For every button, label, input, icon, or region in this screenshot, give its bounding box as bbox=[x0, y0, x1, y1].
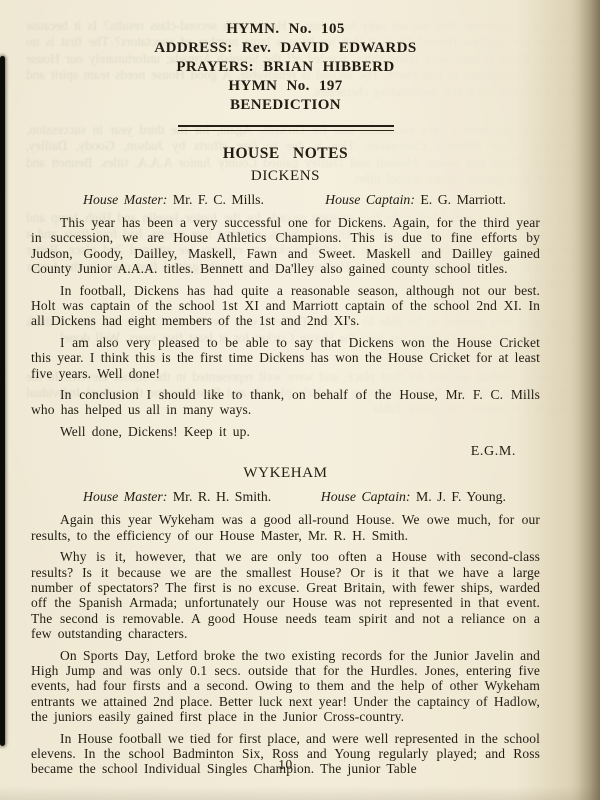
wykeham-house-captain: House Captain: M. J. F. Young. bbox=[321, 488, 506, 505]
page-number: 10 bbox=[31, 757, 540, 773]
dickens-house-master: House Master: Mr. F. C. Mills. bbox=[83, 191, 264, 208]
page-curl-shadow bbox=[578, 0, 600, 800]
dickens-paragraph: This year has been a very successful one… bbox=[31, 215, 540, 277]
service-line-hymn-105: HYMN. No. 105 bbox=[31, 20, 540, 39]
house-heading-dickens: DICKENS bbox=[31, 167, 540, 186]
wykeham-paragraph: On Sports Day, Letford broke the two exi… bbox=[31, 648, 540, 725]
service-line-prayers: PRAYERS: BRIAN HIBBERD bbox=[31, 58, 540, 77]
house-captain-name: M. J. F. Young. bbox=[416, 489, 506, 504]
dickens-paragraph: In conclusion I should like to thank, on… bbox=[31, 387, 540, 418]
house-master-label: House Master: bbox=[83, 192, 167, 207]
page-content: HYMN. No. 105 ADDRESS: Rev. DAVID EDWARD… bbox=[31, 20, 540, 777]
dickens-closing-line: Well done, Dickens! Keep it up. bbox=[31, 424, 540, 439]
house-captain-label: House Captain: bbox=[325, 192, 415, 207]
service-line-benediction: BENEDICTION bbox=[31, 96, 540, 115]
wykeham-paragraph: Why is it, however, that we are only too… bbox=[31, 549, 540, 641]
service-order-header: HYMN. No. 105 ADDRESS: Rev. DAVID EDWARD… bbox=[31, 20, 540, 115]
bottom-shadow bbox=[0, 786, 600, 800]
wykeham-paragraph: Again this year Wykeham was a good all-r… bbox=[31, 512, 540, 543]
service-line-address: ADDRESS: Rev. DAVID EDWARDS bbox=[31, 39, 540, 58]
house-master-label: House Master: bbox=[83, 489, 167, 504]
dickens-house-captain: House Captain: E. G. Marriott. bbox=[325, 191, 506, 208]
wykeham-masters-line: House Master: Mr. R. H. Smith. House Cap… bbox=[31, 488, 540, 505]
double-rule-divider bbox=[178, 125, 394, 131]
wykeham-house-master: House Master: Mr. R. H. Smith. bbox=[83, 488, 271, 505]
house-heading-wykeham: WYKEHAM bbox=[31, 464, 540, 483]
house-master-name: Mr. R. H. Smith. bbox=[173, 489, 271, 504]
house-captain-label: House Captain: bbox=[321, 489, 411, 504]
dickens-masters-line: House Master: Mr. F. C. Mills. House Cap… bbox=[31, 191, 540, 208]
house-master-name: Mr. F. C. Mills. bbox=[173, 192, 264, 207]
dickens-signature: E.G.M. bbox=[31, 444, 540, 460]
scan-binding-edge bbox=[0, 56, 5, 746]
dickens-paragraph: I am also very pleased to be able to say… bbox=[31, 335, 540, 381]
scanned-magazine-page: Why is it, however, that we are only too… bbox=[0, 0, 600, 800]
dickens-paragraph: In football, Dickens has had quite a rea… bbox=[31, 283, 540, 329]
house-notes-title: HOUSE NOTES bbox=[31, 144, 540, 163]
service-line-hymn-197: HYMN No. 197 bbox=[31, 77, 540, 96]
house-captain-name: E. G. Marriott. bbox=[420, 192, 506, 207]
